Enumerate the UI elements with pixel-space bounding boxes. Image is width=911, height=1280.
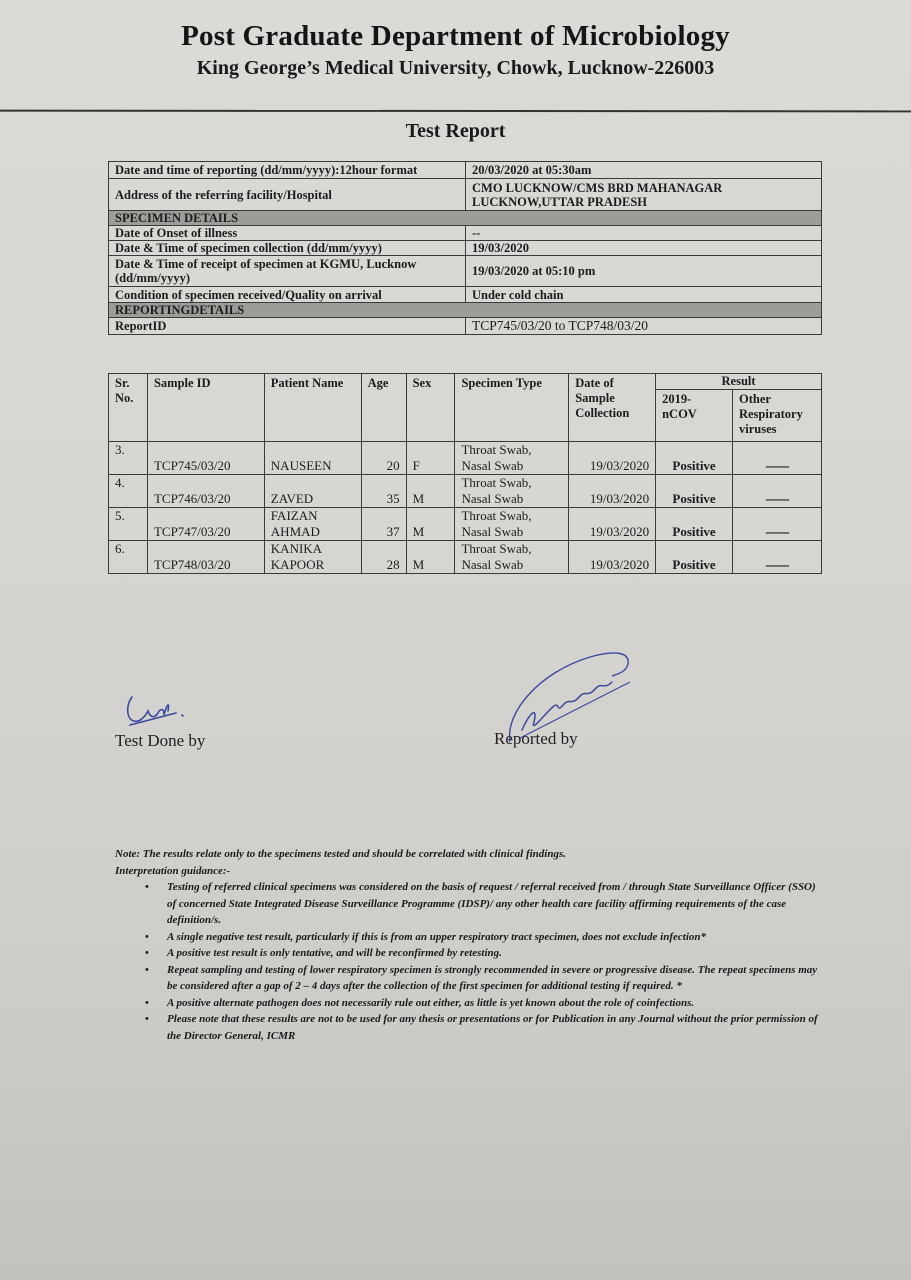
details-value: CMO LUCKNOW/CMS BRD MAHANAGAR LUCKNOW,UT… bbox=[466, 179, 822, 211]
sr-no: 3. bbox=[109, 442, 148, 475]
patient-name: ZAVED bbox=[264, 475, 361, 508]
interpretation-guidance-title: Interpretation guidance:- bbox=[115, 863, 825, 880]
details-label: Condition of specimen received/Quality o… bbox=[109, 287, 466, 303]
section-title: REPORTINGDETAILS bbox=[109, 303, 822, 318]
reporting-section-header: REPORTINGDETAILS bbox=[109, 303, 822, 318]
table-row: 5. TCP747/03/20 FAIZANAHMAD 37 M Throat … bbox=[109, 508, 822, 541]
sample-id: TCP745/03/20 bbox=[147, 442, 264, 475]
details-value: 20/03/2020 at 05:30am bbox=[466, 162, 822, 179]
col-patient-name: Patient Name bbox=[264, 374, 361, 442]
col-date-of-collection: Date of Sample Collection bbox=[569, 374, 656, 442]
patient-name: NAUSEEN bbox=[264, 442, 361, 475]
sr-no: 5. bbox=[109, 508, 148, 541]
patient-name: FAIZANAHMAD bbox=[264, 508, 361, 541]
table-row: 4. TCP746/03/20 ZAVED 35 M Throat Swab,N… bbox=[109, 475, 822, 508]
ncov-result: Positive bbox=[656, 508, 733, 541]
specimen-type: Throat Swab,Nasal Swab bbox=[455, 508, 569, 541]
collection-date: 19/03/2020 bbox=[569, 541, 656, 574]
test-done-signature bbox=[120, 685, 200, 730]
details-label: Date and time of reporting (dd/mm/yyyy):… bbox=[109, 162, 466, 179]
details-row: Date and time of reporting (dd/mm/yyyy):… bbox=[109, 162, 822, 179]
collection-date: 19/03/2020 bbox=[569, 508, 656, 541]
other-result: ------- bbox=[732, 541, 821, 574]
details-label: Date of Onset of illness bbox=[109, 226, 466, 241]
sex: M bbox=[406, 541, 455, 574]
test-done-by-label: Test Done by bbox=[115, 731, 205, 751]
collection-date: 19/03/2020 bbox=[569, 442, 656, 475]
guidance-item: •A positive alternate pathogen does not … bbox=[167, 995, 825, 1012]
other-result: ------- bbox=[732, 442, 821, 475]
patient-name: KANIKAKAPOOR bbox=[264, 541, 361, 574]
col-sample-id: Sample ID bbox=[147, 374, 264, 442]
section-title: SPECIMEN DETAILS bbox=[109, 211, 822, 226]
interpretation-notes: Note: The results relate only to the spe… bbox=[115, 846, 825, 1044]
report-id-label: ReportID bbox=[109, 318, 466, 335]
sample-id: TCP748/03/20 bbox=[147, 541, 264, 574]
details-row: Date & Time of receipt of specimen at KG… bbox=[109, 256, 822, 287]
details-value: -- bbox=[466, 226, 822, 241]
guidance-item: •A single negative test result, particul… bbox=[167, 929, 825, 946]
details-label: Address of the referring facility/Hospit… bbox=[109, 179, 466, 211]
ncov-result: Positive bbox=[656, 541, 733, 574]
report-title: Test Report bbox=[0, 120, 911, 143]
results-table: Sr. No. Sample ID Patient Name Age Sex S… bbox=[108, 373, 822, 574]
guidance-item: •Please note that these results are not … bbox=[167, 1011, 825, 1044]
col-other-viruses: Other Respiratory viruses bbox=[732, 390, 821, 442]
test-report-page: Post Graduate Department of Microbiology… bbox=[0, 0, 911, 1280]
header-divider bbox=[0, 110, 911, 113]
sex: F bbox=[406, 442, 455, 475]
sr-no: 4. bbox=[109, 475, 148, 508]
sex: M bbox=[406, 508, 455, 541]
col-specimen-type: Specimen Type bbox=[455, 374, 569, 442]
col-age: Age bbox=[361, 374, 406, 442]
details-label: Date & Time of receipt of specimen at KG… bbox=[109, 256, 466, 287]
sr-no: 6. bbox=[109, 541, 148, 574]
details-row: Address of the referring facility/Hospit… bbox=[109, 179, 822, 211]
details-value: Under cold chain bbox=[466, 287, 822, 303]
guidance-item: •A positive test result is only tentativ… bbox=[167, 945, 825, 962]
details-row: Condition of specimen received/Quality o… bbox=[109, 287, 822, 303]
col-sr-no: Sr. No. bbox=[109, 374, 148, 442]
details-label: Date & Time of specimen collection (dd/m… bbox=[109, 241, 466, 256]
other-result: ------- bbox=[732, 508, 821, 541]
sample-id: TCP746/03/20 bbox=[147, 475, 264, 508]
results-header-row: Sr. No. Sample ID Patient Name Age Sex S… bbox=[109, 374, 822, 390]
col-result: Result bbox=[656, 374, 822, 390]
results-note: Note: The results relate only to the spe… bbox=[115, 846, 825, 863]
guidance-item: •Testing of referred clinical specimens … bbox=[167, 879, 825, 929]
age: 37 bbox=[361, 508, 406, 541]
age: 35 bbox=[361, 475, 406, 508]
details-value: 19/03/2020 bbox=[466, 241, 822, 256]
specimen-type: Throat Swab,Nasal Swab bbox=[455, 541, 569, 574]
department-title: Post Graduate Department of Microbiology bbox=[0, 20, 911, 53]
details-row: ReportID TCP745/03/20 to TCP748/03/20 bbox=[109, 318, 822, 335]
other-result: ------- bbox=[732, 475, 821, 508]
table-row: 6. TCP748/03/20 KANIKAKAPOOR 28 M Throat… bbox=[109, 541, 822, 574]
sex: M bbox=[406, 475, 455, 508]
report-details-table: Date and time of reporting (dd/mm/yyyy):… bbox=[108, 161, 822, 335]
col-ncov: 2019-nCOV bbox=[656, 390, 733, 442]
sample-id: TCP747/03/20 bbox=[147, 508, 264, 541]
guidance-list: •Testing of referred clinical specimens … bbox=[115, 879, 825, 1044]
table-row: 3. TCP745/03/20 NAUSEEN 20 F Throat Swab… bbox=[109, 442, 822, 475]
age: 20 bbox=[361, 442, 406, 475]
collection-date: 19/03/2020 bbox=[569, 475, 656, 508]
specimen-type: Throat Swab,Nasal Swab bbox=[455, 475, 569, 508]
col-sex: Sex bbox=[406, 374, 455, 442]
reported-by-label: Reported by bbox=[494, 729, 578, 749]
report-id-value: TCP745/03/20 to TCP748/03/20 bbox=[466, 318, 822, 335]
ncov-result: Positive bbox=[656, 475, 733, 508]
details-row: Date & Time of specimen collection (dd/m… bbox=[109, 241, 822, 256]
guidance-item: •Repeat sampling and testing of lower re… bbox=[167, 962, 825, 995]
age: 28 bbox=[361, 541, 406, 574]
details-value: 19/03/2020 at 05:10 pm bbox=[466, 256, 822, 287]
specimen-type: Throat Swab,Nasal Swab bbox=[455, 442, 569, 475]
university-address: King George’s Medical University, Chowk,… bbox=[0, 57, 911, 80]
specimen-section-header: SPECIMEN DETAILS bbox=[109, 211, 822, 226]
ncov-result: Positive bbox=[656, 442, 733, 475]
details-row: Date of Onset of illness -- bbox=[109, 226, 822, 241]
